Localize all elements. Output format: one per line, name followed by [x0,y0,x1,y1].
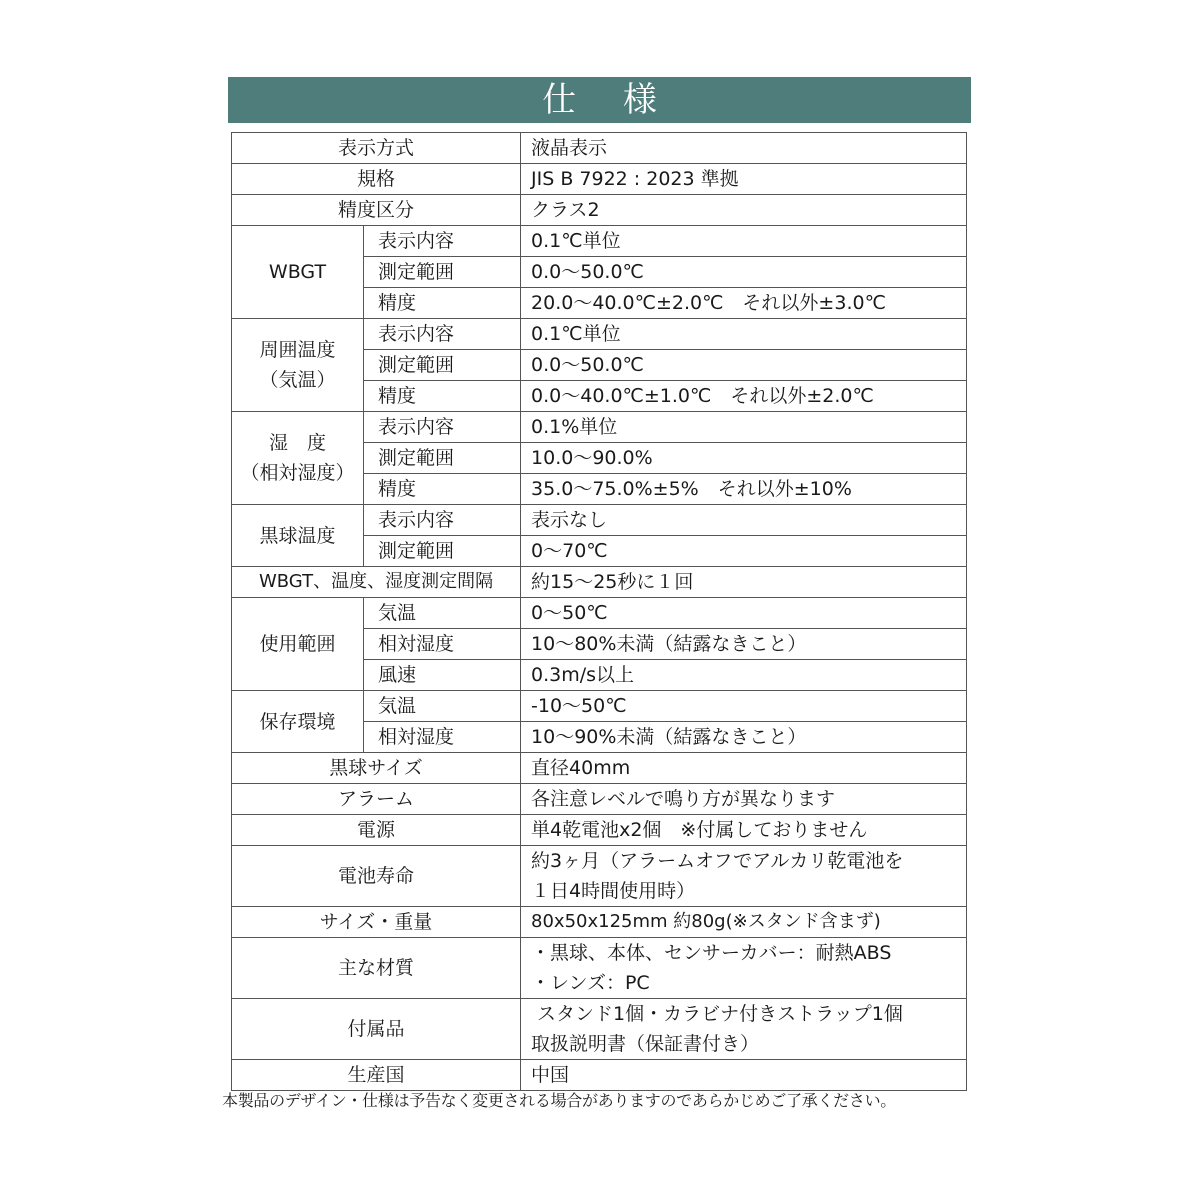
value-line: ・黒球、本体、センサーカバー：耐熱ABS [531,938,966,968]
value-line: 取扱説明書（保証書付き） [531,1029,966,1059]
row-label: 主な材質 [232,938,521,999]
row-value: 0〜70℃ [521,536,967,567]
row-value: 液晶表示 [521,133,967,164]
table-row: 精度区分 クラス2 [232,195,967,226]
sub-label: 測定範囲 [364,443,521,474]
spec-title: 仕 様 [524,83,675,117]
row-value: 0.0〜50.0℃ [521,257,967,288]
row-label: 精度区分 [232,195,521,226]
row-label: 電池寿命 [232,846,521,907]
row-value: 20.0〜40.0℃±2.0℃ それ以外±3.0℃ [521,288,967,319]
sub-label: 気温 [364,691,521,722]
table-row: 表示方式 液晶表示 [232,133,967,164]
row-value: JIS B 7922 : 2023 準拠 [521,164,967,195]
row-value: 0.1℃単位 [521,319,967,350]
row-value: 約15〜25秒に１回 [521,567,967,598]
group-label-line: （相対湿度） [232,458,363,488]
group-label-wbgt: WBGT [232,226,364,319]
row-value: 0〜50℃ [521,598,967,629]
row-value: スタンド1個・カラビナ付きストラップ1個 取扱説明書（保証書付き） [521,999,967,1060]
row-label: 電源 [232,815,521,846]
group-label-line: 周囲温度 [232,335,363,365]
row-label: 生産国 [232,1060,521,1091]
row-label: 黒球サイズ [232,753,521,784]
table-row: 湿 度 （相対湿度） 表示内容 0.1%単位 [232,412,967,443]
row-value: 0.0〜40.0℃±1.0℃ それ以外±2.0℃ [521,381,967,412]
value-line: １日4時間使用時） [531,876,966,906]
table-row: 主な材質 ・黒球、本体、センサーカバー：耐熱ABS ・レンズ：PC [232,938,967,999]
sub-label: 精度 [364,381,521,412]
value-line: スタンド1個・カラビナ付きストラップ1個 [531,999,966,1029]
table-row: 保存環境 気温 -10〜50℃ [232,691,967,722]
row-value: 10〜80%未満（結露なきこと） [521,629,967,660]
row-value: 35.0〜75.0%±5% それ以外±10% [521,474,967,505]
table-row: アラーム 各注意レベルで鳴り方が異なります [232,784,967,815]
row-label: 規格 [232,164,521,195]
row-label: サイズ・重量 [232,907,521,938]
row-value: -10〜50℃ [521,691,967,722]
table-row: WBGT 表示内容 0.1℃単位 [232,226,967,257]
row-label: WBGT、温度、湿度測定間隔 [232,567,521,598]
group-label-globe-temp: 黒球温度 [232,505,364,567]
row-label: 付属品 [232,999,521,1060]
row-value: 単4乾電池x2個 ※付属しておりません [521,815,967,846]
group-label-humidity: 湿 度 （相対湿度） [232,412,364,505]
sub-label: 表示内容 [364,319,521,350]
row-value: 0.1%単位 [521,412,967,443]
row-label: 表示方式 [232,133,521,164]
group-label-line: 湿 度 [232,428,363,458]
table-row: 電池寿命 約3ヶ月（アラームオフでアルカリ乾電池を １日4時間使用時） [232,846,967,907]
sub-label: 測定範囲 [364,536,521,567]
row-value: 直径40mm [521,753,967,784]
table-row: 黒球温度 表示内容 表示なし [232,505,967,536]
group-label-operating-range: 使用範囲 [232,598,364,691]
row-value: 中国 [521,1060,967,1091]
sub-label: 相対湿度 [364,722,521,753]
value-line: ・レンズ：PC [531,968,966,998]
sub-label: 測定範囲 [364,350,521,381]
table-row: 電源 単4乾電池x2個 ※付属しておりません [232,815,967,846]
table-row: 生産国 中国 [232,1060,967,1091]
row-value: 表示なし [521,505,967,536]
sub-label: 測定範囲 [364,257,521,288]
sub-label: 気温 [364,598,521,629]
sub-label: 精度 [364,474,521,505]
sub-label: 相対湿度 [364,629,521,660]
spec-table: 表示方式 液晶表示 規格 JIS B 7922 : 2023 準拠 精度区分 ク… [231,132,967,1091]
sub-label: 表示内容 [364,226,521,257]
row-value: 各注意レベルで鳴り方が異なります [521,784,967,815]
sub-label: 風速 [364,660,521,691]
table-row: サイズ・重量 80x50x125mm 約80g(※スタンド含まず) [232,907,967,938]
table-row: WBGT、温度、湿度測定間隔 約15〜25秒に１回 [232,567,967,598]
spec-title-band: 仕 様 [228,77,971,123]
group-label-line: （気温） [232,365,363,395]
row-value: 約3ヶ月（アラームオフでアルカリ乾電池を １日4時間使用時） [521,846,967,907]
row-value: 10.0〜90.0% [521,443,967,474]
row-value: 10〜90%未満（結露なきこと） [521,722,967,753]
row-value: 0.1℃単位 [521,226,967,257]
row-value: クラス2 [521,195,967,226]
sub-label: 表示内容 [364,505,521,536]
sub-label: 精度 [364,288,521,319]
table-row: 黒球サイズ 直径40mm [232,753,967,784]
disclaimer-footnote: 本製品のデザイン・仕様は予告なく変更される場合がありますのであらかじめご了承くだ… [222,1088,896,1111]
row-value: 0.3m/s以上 [521,660,967,691]
sub-label: 表示内容 [364,412,521,443]
value-line: 約3ヶ月（アラームオフでアルカリ乾電池を [531,846,966,876]
group-label-storage: 保存環境 [232,691,364,753]
row-value: 80x50x125mm 約80g(※スタンド含まず) [521,907,967,938]
row-label: アラーム [232,784,521,815]
table-row: 規格 JIS B 7922 : 2023 準拠 [232,164,967,195]
row-value: ・黒球、本体、センサーカバー：耐熱ABS ・レンズ：PC [521,938,967,999]
table-row: 使用範囲 気温 0〜50℃ [232,598,967,629]
table-row: 周囲温度 （気温） 表示内容 0.1℃単位 [232,319,967,350]
row-value: 0.0〜50.0℃ [521,350,967,381]
group-label-ambient-temp: 周囲温度 （気温） [232,319,364,412]
table-row: 付属品 スタンド1個・カラビナ付きストラップ1個 取扱説明書（保証書付き） [232,999,967,1060]
